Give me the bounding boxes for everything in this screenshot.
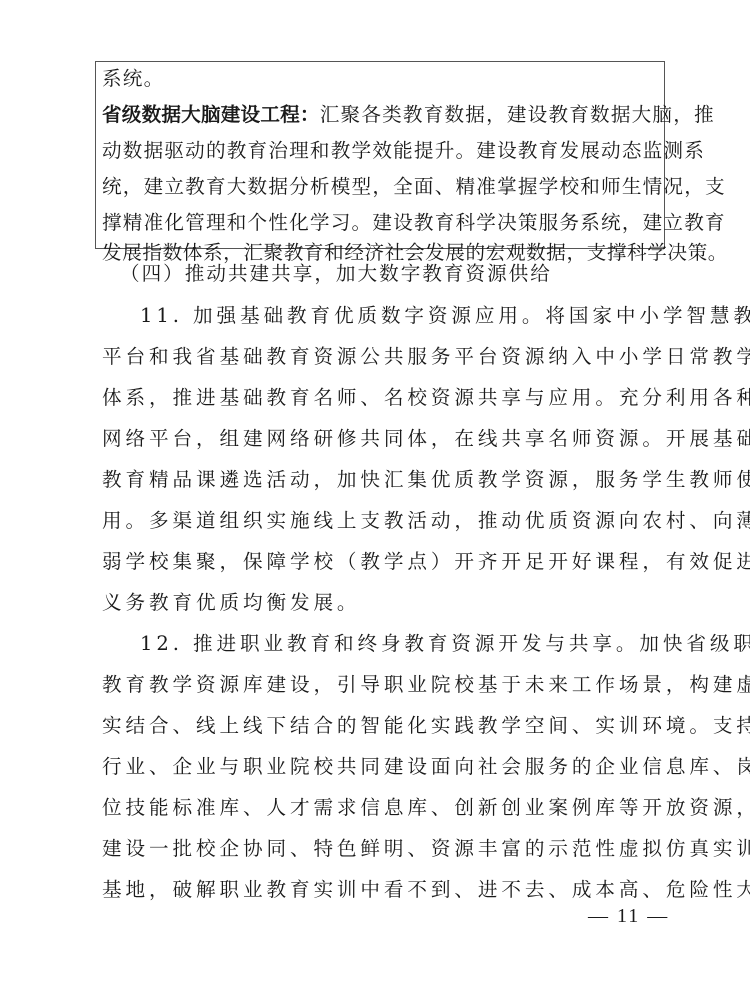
paragraph-11-line: 网络平台，组建网络研修共同体，在线共享名师资源。开展基础 <box>102 427 750 451</box>
section-heading: （四）推动共建共享，加大数字教育资源供给 <box>120 262 552 286</box>
box-line: 系统。 <box>102 67 164 91</box>
paragraph-12-line: 12. 推进职业教育和终身教育资源开发与共享。加快省级职业 <box>140 632 750 656</box>
paragraph-12-line: 基地，破解职业教育实训中看不到、进不去、成本高、危险性大 <box>102 878 750 902</box>
highlight-box: 系统。 省级数据大脑建设工程：汇聚各类教育数据，建设教育数据大脑，推 动数据驱动… <box>95 61 665 249</box>
paragraph-11-line: 用。多渠道组织实施线上支教活动，推动优质资源向农村、向薄 <box>102 509 750 533</box>
box-title: 省级数据大脑建设工程： <box>102 103 320 126</box>
paragraph-12-line: 教育教学资源库建设，引导职业院校基于未来工作场景，构建虚 <box>102 673 750 697</box>
paragraph-11-line: 体系，推进基础教育名师、名校资源共享与应用。充分利用各种 <box>102 386 750 410</box>
box-title-line: 省级数据大脑建设工程：汇聚各类教育数据，建设教育数据大脑，推 <box>102 103 715 127</box>
paragraph-11-line: 11. 加强基础教育优质数字资源应用。将国家中小学智慧教育 <box>140 304 750 328</box>
paragraph-11-line: 弱学校集聚，保障学校（教学点）开齐开足开好课程，有效促进 <box>102 550 750 574</box>
box-line: 统，建立教育大数据分析模型，全面、精准掌握学校和师生情况，支 <box>102 175 726 199</box>
box-line: 动数据驱动的教育治理和教学效能提升。建设教育发展动态监测系 <box>102 139 705 163</box>
paragraph-12-line: 建设一批校企协同、特色鲜明、资源丰富的示范性虚拟仿真实训 <box>102 837 750 861</box>
paragraph-12-line: 行业、企业与职业院校共同建设面向社会服务的企业信息库、岗 <box>102 755 750 779</box>
paragraph-11-line: 义务教育优质均衡发展。 <box>102 591 360 615</box>
box-title-rest: 汇聚各类教育数据，建设教育数据大脑，推 <box>320 103 715 126</box>
box-line: 撑精准化管理和个性化学习。建设教育科学决策服务系统，建立教育 <box>102 211 726 235</box>
paragraph-12-line: 实结合、线上线下结合的智能化实践教学空间、实训环境。支持 <box>102 714 750 738</box>
paragraph-12-line: 位技能标准库、人才需求信息库、创新创业案例库等开放资源， <box>102 796 750 820</box>
paragraph-11-line: 平台和我省基础教育资源公共服务平台资源纳入中小学日常教学 <box>102 345 750 369</box>
page-number: — 11 — <box>588 905 669 928</box>
paragraph-11-line: 教育精品课遴选活动，加快汇集优质教学资源，服务学生教师使 <box>102 468 750 492</box>
